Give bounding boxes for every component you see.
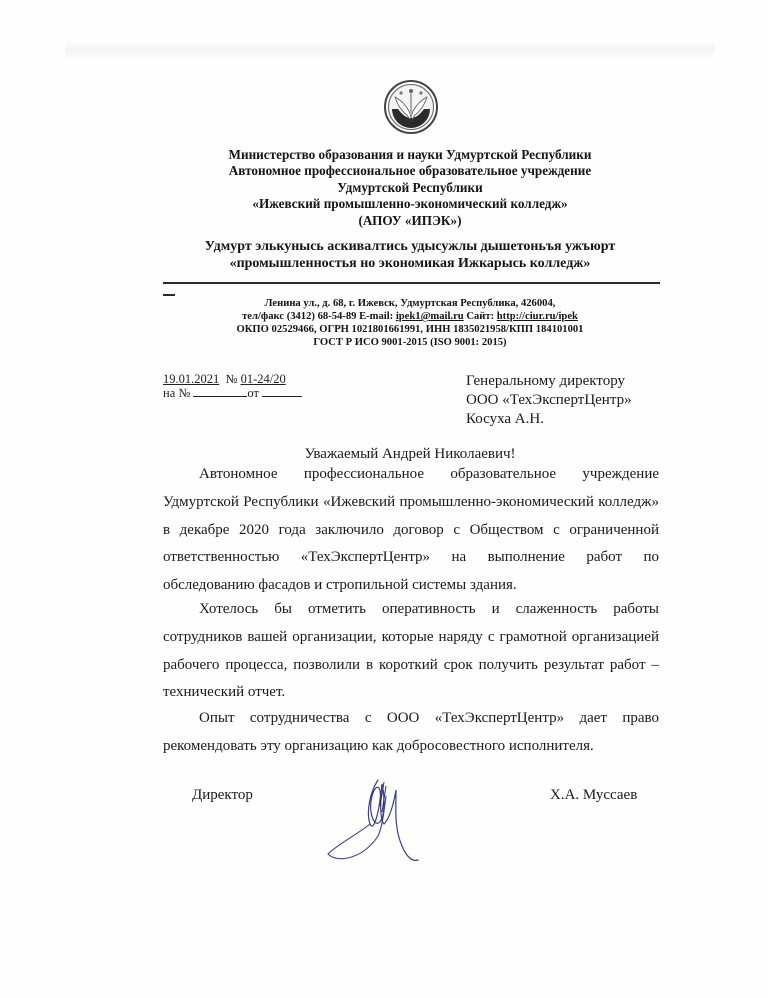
address-line: Ленина ул., д. 68, г. Ижевск, Удмуртская…	[160, 297, 660, 310]
addressee-block: Генеральному директору ООО «ТехЭкспертЦе…	[466, 372, 632, 429]
body-paragraph-1: Автономное профессиональное образователь…	[163, 461, 659, 600]
outgoing-reference: 19.01.2021 № 01-24/20 на № от	[163, 373, 302, 400]
reply-reference-line: на № от	[163, 387, 302, 401]
udmurt-line-2: «промышленностья но экономикая Ижкарысь …	[160, 255, 660, 272]
body-paragraph-2: Хотелось бы отметить оперативность и сла…	[163, 596, 659, 707]
reply-number-blank	[193, 387, 247, 397]
paragraph-text: Автономное профессиональное образователь…	[163, 461, 659, 600]
coat-of-arms-icon	[383, 79, 439, 135]
email-link[interactable]: ipek1@mail.ru	[396, 311, 464, 322]
ministry-line: Министерство образования и науки Удмуртс…	[160, 147, 660, 163]
institution-line: Автономное профессиональное образователь…	[160, 163, 660, 179]
header-divider	[163, 282, 660, 284]
number-label: №	[226, 372, 238, 386]
reply-number-label: на №	[163, 386, 190, 400]
reply-date-blank	[262, 387, 302, 397]
registry-codes: ОКПО 02529466, ОГРН 1021801661991, ИНН 1…	[160, 323, 660, 336]
divider-dash	[163, 294, 175, 296]
institution-header: Министерство образования и науки Удмуртс…	[160, 147, 660, 229]
phone-label: тел/факс (3412) 68-54-89 E-mail:	[242, 311, 396, 322]
udmurt-line-1: Удмурт элькунысь аскивалтись удысужлы ды…	[160, 238, 660, 255]
college-abbreviation: (АПОУ «ИПЭК»)	[160, 213, 660, 229]
paragraph-text: Хотелось бы отметить оперативность и сла…	[163, 596, 659, 707]
letter-number: 01-24/20	[241, 372, 286, 386]
signatory-role: Директор	[192, 787, 253, 804]
signatory-name: Х.А. Муссаев	[550, 787, 637, 804]
letter-date: 19.01.2021	[163, 372, 219, 386]
reply-date-label: от	[247, 386, 259, 400]
letter-page: Министерство образования и науки Удмуртс…	[0, 0, 768, 998]
handwritten-signature-icon	[318, 772, 448, 872]
site-label: Сайт:	[464, 311, 497, 322]
addressee-title: Генеральному директору	[466, 372, 632, 391]
contact-block: Ленина ул., д. 68, г. Ижевск, Удмуртская…	[160, 297, 660, 349]
paragraph-text: Опыт сотрудничества с ООО «ТехЭкспертЦен…	[163, 705, 659, 761]
website-link[interactable]: http://ciur.ru/ipek	[497, 311, 578, 322]
republic-line: Удмуртской Республики	[160, 180, 660, 196]
body-paragraph-3: Опыт сотрудничества с ООО «ТехЭкспертЦен…	[163, 705, 659, 761]
scan-artifact	[65, 40, 715, 60]
phone-email-line: тел/факс (3412) 68-54-89 E-mail: ipek1@m…	[160, 310, 660, 323]
addressee-name: Косуха А.Н.	[466, 410, 632, 429]
college-name-line: «Ижевский промышленно-экономический колл…	[160, 196, 660, 212]
institution-header-udmurt: Удмурт элькунысь аскивалтись удысужлы ды…	[160, 238, 660, 272]
addressee-company: ООО «ТехЭкспертЦентр»	[466, 391, 632, 410]
quality-standard: ГОСТ Р ИСО 9001-2015 (ISO 9001: 2015)	[160, 336, 660, 349]
reference-line: 19.01.2021 № 01-24/20	[163, 373, 302, 387]
